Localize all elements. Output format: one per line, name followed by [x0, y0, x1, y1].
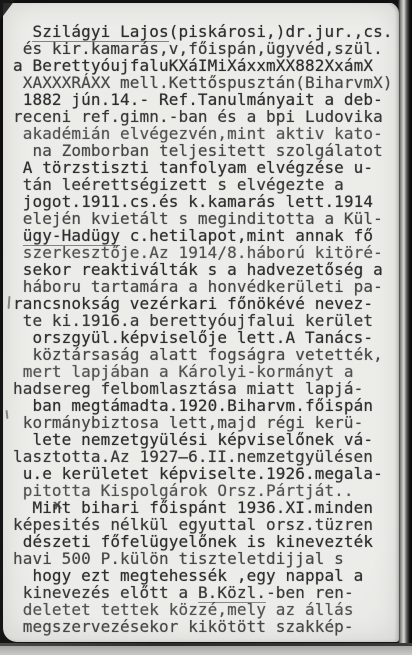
text-line: mert lapjában a Károlyi-kormányt a: [13, 363, 395, 380]
text-line: ban megtámadta.1920.Biharvm.főispán: [13, 397, 395, 414]
text-line: deletet tettek közzé,mely az állás: [13, 601, 395, 618]
text-line: te ki.1916.a berettyóujfalui kerület: [13, 312, 395, 329]
text-line: kormánybiztosa lett,majd régi kerü-: [13, 414, 395, 431]
text-line: szerkesztője.Az 1914/8.háború kitöré-: [13, 244, 395, 261]
text-line: elején kvietált s meginditotta a Kül-: [13, 210, 395, 227]
text-line: sekor reaktiválták s a hadvezetőség a: [13, 261, 395, 278]
text-line: pitotta Kispolgárok Orsz.Pártját..: [13, 482, 395, 499]
text-line: Mint bihari főispánt 1936.XI.minden: [13, 499, 395, 516]
text-line: u.e kerületet képviselte.1926.megala-: [13, 465, 395, 482]
text-line: na Zomborban teljesitett szolgálatot: [13, 142, 395, 159]
index-card: Szilágyi Lajos(piskárosi,)dr.jur.,cs. és…: [3, 2, 399, 642]
text-line: orszgyül.képviselője lett.A Tanács-: [13, 329, 395, 346]
photographed-document: Szilágyi Lajos(piskárosi,)dr.jur.,cs. és…: [0, 0, 412, 655]
typewritten-text: Szilágyi Lajos(piskárosi,)dr.jur.,cs. és…: [13, 23, 395, 635]
text-line: és kir.kamarás,v,főispán,ügyvéd,szül.: [13, 40, 395, 57]
photo-border-top: [0, 0, 412, 3]
text-line: hadsereg felbomlasztása miatt lapjá-: [13, 380, 395, 397]
text-line: akadémián elvégezvén,mint aktiv kato-: [13, 125, 395, 142]
text-line: hogy ezt megtehessék ,egy nappal a: [13, 567, 395, 584]
text-line: rancsnokság vezérkari főnökévé nevez-: [13, 295, 395, 312]
photo-border-bottom: [0, 646, 412, 655]
text-line: XAXXXRÁXX mell.Kettőspusztán(BiharvmX): [13, 74, 395, 91]
text-line: dészeti főfelügyelőnek is kinevezték: [13, 533, 395, 550]
text-line: háboru tartamára a honvédkerületi pa-: [13, 278, 395, 295]
text-line: 1882 jún.14.- Ref.Tanulmányait a deb-: [13, 91, 395, 108]
text-line: tán leérettségizett s elvégezte a: [13, 176, 395, 193]
text-line: megszervezésekor kikötött szakkép-: [13, 618, 395, 635]
text-line: Szilágyi Lajos(piskárosi,)dr.jur.,cs.: [13, 23, 395, 40]
text-line: ügy-Hadügy c.hetilapot,mint annak fő: [13, 227, 395, 244]
text-line: lasztotta.Az 1927̶6.II.nemzetgyülésen: [13, 448, 395, 465]
text-line: köztársaság alatt fogságra vetették,: [13, 346, 395, 363]
photo-corner-shadow: [0, 0, 15, 20]
text-line: kinevezés előtt a B.Közl.-ben ren-: [13, 584, 395, 601]
text-line: képesités nélkül egyuttal orsz.tüzren: [13, 516, 395, 533]
text-line: lete nemzetgyülési képviselőnek vá-: [13, 431, 395, 448]
text-line: a BerettyóujfaluKXáIMiXáxxmXX882XxámX: [13, 57, 395, 74]
text-line: A törzstiszti tanfolyam elvégzése u-: [13, 159, 395, 176]
text-line: receni ref.gimn.-ban és a bpi Ludovika: [13, 108, 395, 125]
photo-border-right: [398, 0, 412, 655]
text-line: jogot.1911.cs.és k.kamarás lett.1914: [13, 193, 395, 210]
text-line: havi 500 P.külön tiszteletdijjal s: [13, 550, 395, 567]
photo-border-left: [0, 0, 3, 406]
